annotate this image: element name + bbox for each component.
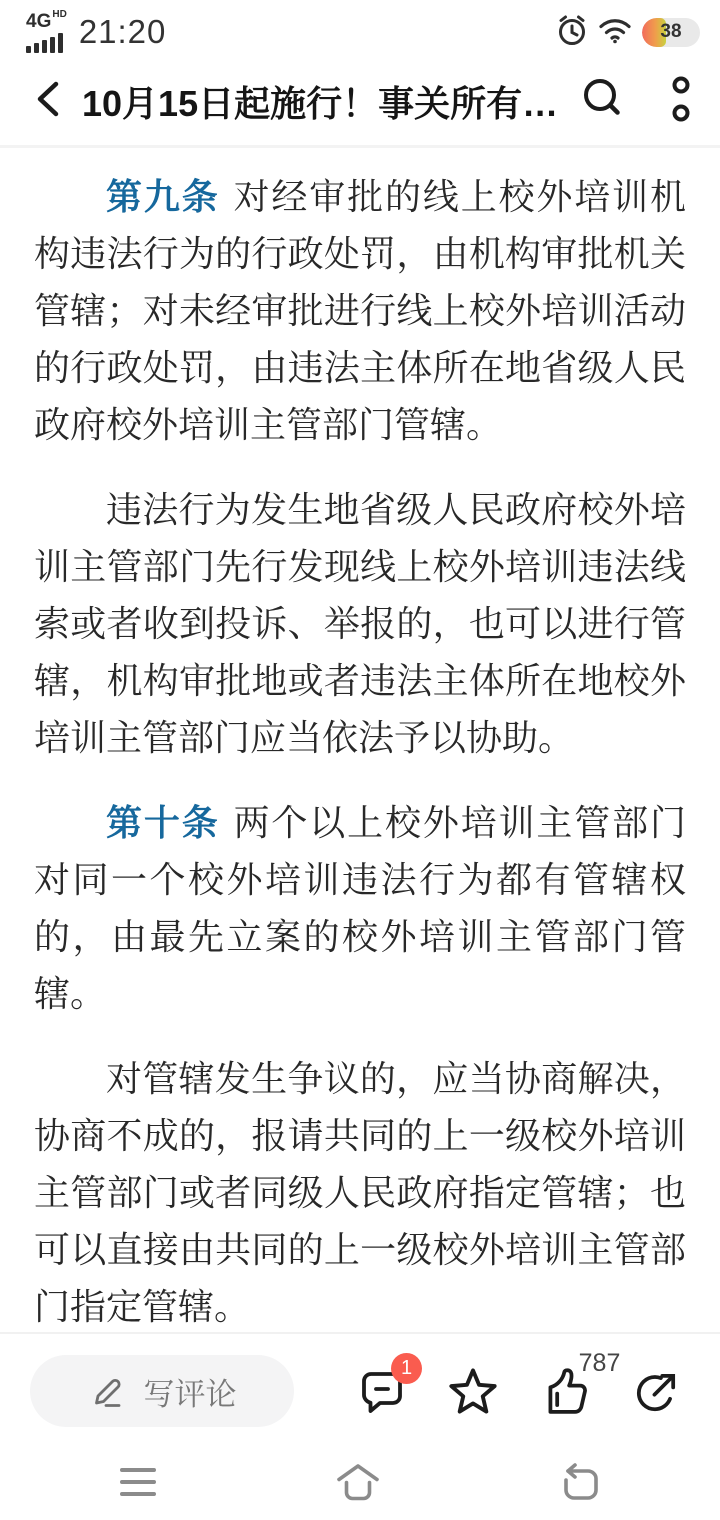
article-10b-text: 对管辖发生争议的，应当协商解决，协商不成的，报请共同的上一级校外培训主管部门或者… [34, 1058, 686, 1327]
search-icon[interactable] [580, 76, 626, 127]
like-button[interactable]: 787 [539, 1365, 591, 1417]
alarm-icon [556, 13, 588, 52]
page-title: 10月15日起施行！事关所有… [82, 76, 564, 127]
paragraph-article-10b: 对管辖发生争议的，应当协商解决，协商不成的，报请共同的上一级校外培训主管部门或者… [34, 1050, 686, 1328]
battery-icon: 38 [642, 18, 700, 47]
signal-bars-icon [26, 33, 63, 53]
article-body: 第九条对经审批的线上校外培训机构违法行为的行政处罚，由机构审批机关管辖；对未经审… [0, 148, 720, 1328]
paragraph-article-9: 第九条对经审批的线上校外培训机构违法行为的行政处罚，由机构审批机关管辖；对未经审… [34, 168, 686, 453]
article-9-term: 第九条 [106, 176, 220, 217]
like-count: 787 [579, 1349, 621, 1378]
system-nav-bar [0, 1448, 720, 1520]
battery-percent: 38 [642, 18, 700, 47]
article-9b-text: 违法行为发生地省级人民政府校外培训主管部门先行发现线上校外培训违法线索或者收到投… [34, 489, 686, 758]
comment-placeholder: 写评论 [144, 1369, 237, 1414]
favorite-button[interactable] [447, 1365, 499, 1417]
status-bar: 4G HD 21:20 [0, 0, 720, 58]
paragraph-article-9b: 违法行为发生地省级人民政府校外培训主管部门先行发现线上校外培训违法线索或者收到投… [34, 481, 686, 766]
clock-time: 21:20 [79, 13, 167, 51]
hd-badge: HD [52, 10, 66, 20]
share-button[interactable] [630, 1365, 682, 1417]
comment-count-badge: 1 [391, 1353, 422, 1384]
comment-input[interactable]: 写评论 [30, 1355, 294, 1427]
home-icon[interactable] [335, 1462, 381, 1507]
nav-bar: 10月15日起施行！事关所有… [0, 58, 720, 148]
comment-toolbar: 写评论 1 787 [0, 1332, 720, 1448]
menu-icon[interactable] [118, 1465, 158, 1504]
wifi-icon [598, 15, 632, 50]
comment-button[interactable]: 1 [356, 1365, 408, 1417]
edit-icon [88, 1369, 128, 1414]
signal-icon: 4G HD [26, 12, 67, 53]
app-screen: 4G HD 21:20 [0, 0, 720, 1520]
back-icon[interactable] [30, 77, 64, 126]
network-type-label: 4G [26, 12, 51, 31]
more-icon[interactable] [670, 71, 692, 132]
article-10-term: 第十条 [106, 802, 220, 843]
paragraph-article-10: 第十条两个以上校外培训主管部门对同一个校外培训违法行为都有管辖权的，由最先立案的… [34, 794, 686, 1022]
nav-back-icon[interactable] [558, 1460, 602, 1509]
